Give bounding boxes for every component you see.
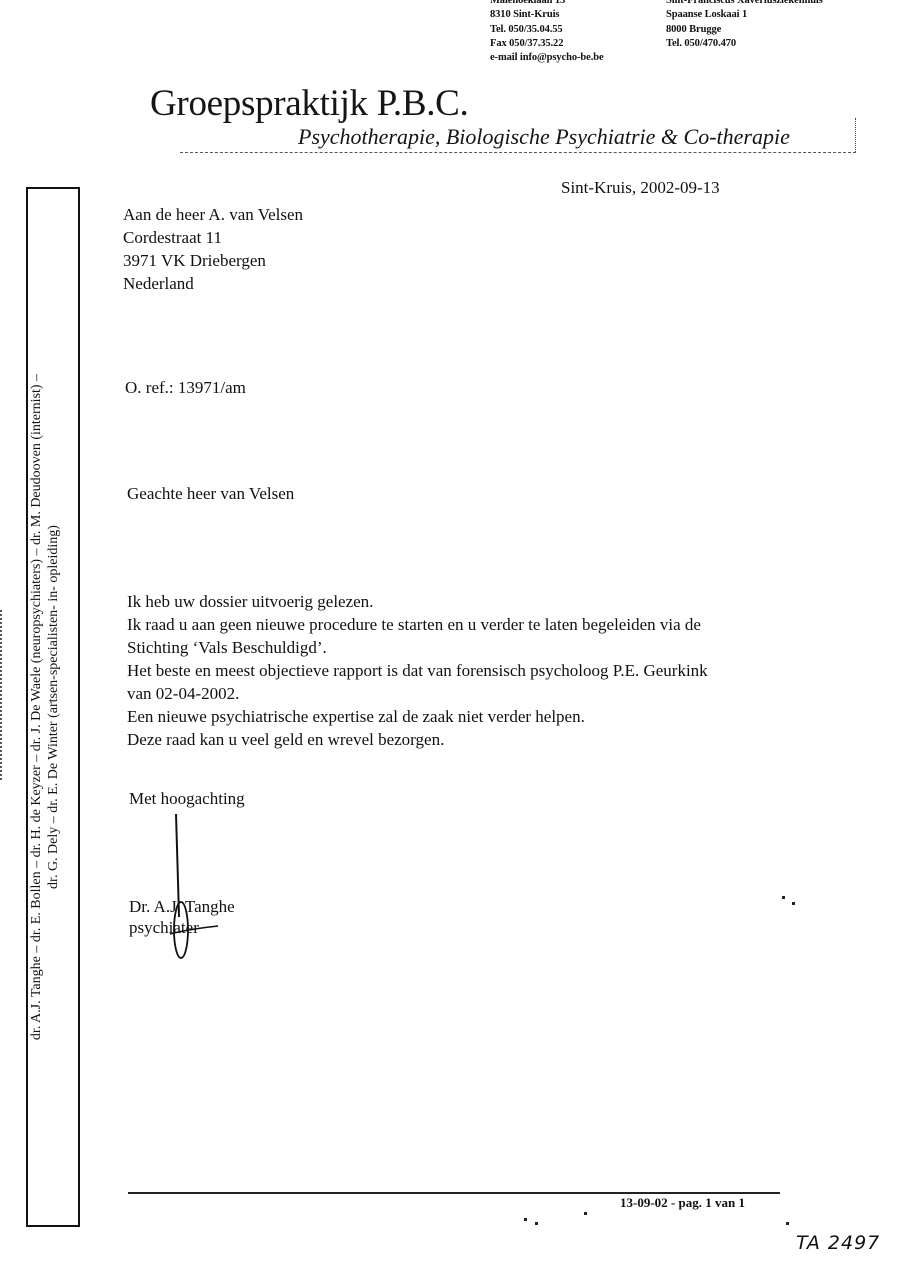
address-fax: Fax 050/37.35.22	[490, 37, 604, 51]
recipient-address: Aan de heer A. van Velsen Cordestraat 11…	[123, 203, 303, 295]
address-line: Malehoeklaan 13	[490, 0, 604, 8]
closing: Met hoogachting	[129, 787, 245, 810]
tagline-border	[855, 118, 856, 152]
body-line: Deze raad kan u veel geld en wrevel bezo…	[127, 728, 708, 751]
salutation: Geachte heer van Velsen	[127, 482, 294, 505]
scan-speck	[535, 1222, 538, 1225]
practice-name: Groepspraktijk P.B.C.	[150, 82, 468, 125]
signature-mark	[140, 812, 240, 962]
staff-list-line: dr. A.J. Tanghe – dr. E. Bollen – dr. H.…	[28, 207, 45, 1207]
recipient-city: 3971 VK Driebergen	[123, 249, 303, 272]
scan-speck	[782, 896, 785, 899]
reference-number: O. ref.: 13971/am	[125, 376, 246, 399]
recipient-name: Aan de heer A. van Velsen	[123, 203, 303, 226]
address-phone: Tel. 050/470.470	[666, 37, 823, 51]
letter-body: Ik heb uw dossier uitvoerig gelezen. Ik …	[127, 590, 708, 751]
staff-list: dr. A.J. Tanghe – dr. E. Bollen – dr. H.…	[28, 207, 78, 1207]
practice-address: Malehoeklaan 13 8310 Sint-Kruis Tel. 050…	[490, 0, 604, 65]
hospital-address: Sint-Franciscus Xaveriusziekenhuis Spaan…	[666, 0, 823, 51]
body-line: Stichting ‘Vals Beschuldigd’.	[127, 636, 708, 659]
address-email: e-mail info@psycho-be.be	[490, 51, 604, 65]
body-line: Een nieuwe psychiatrische expertise zal …	[127, 705, 708, 728]
recipient-street: Cordestraat 11	[123, 226, 303, 249]
scan-edge-artifact	[0, 610, 4, 780]
body-line: van 02-04-2002.	[127, 682, 708, 705]
recipient-country: Nederland	[123, 272, 303, 295]
scan-speck	[792, 902, 795, 905]
practice-tagline: Psychotherapie, Biologische Psychiatrie …	[298, 124, 790, 150]
staff-list-line: dr. G. Dely – dr. E. De Winter (artsen-s…	[45, 207, 62, 1207]
body-line: Het beste en meest objectieve rapport is…	[127, 659, 708, 682]
address-line: Spaanse Loskaai 1	[666, 8, 823, 22]
address-line: Sint-Franciscus Xaveriusziekenhuis	[666, 0, 823, 8]
scan-speck	[786, 1222, 789, 1225]
handwritten-annotation: TA 2497	[796, 1232, 880, 1254]
tagline-underline	[180, 152, 856, 153]
body-line: Ik raad u aan geen nieuwe procedure te s…	[127, 613, 708, 636]
place-and-date: Sint-Kruis, 2002-09-13	[561, 176, 720, 199]
page-number: 13-09-02 - pag. 1 van 1	[620, 1195, 745, 1211]
body-line: Ik heb uw dossier uitvoerig gelezen.	[127, 590, 708, 613]
address-line: 8310 Sint-Kruis	[490, 8, 604, 22]
address-line: 8000 Brugge	[666, 23, 823, 37]
footer-divider	[128, 1192, 780, 1194]
address-phone: Tel. 050/35.04.55	[490, 23, 604, 37]
scan-speck	[584, 1212, 587, 1215]
scan-speck	[524, 1218, 527, 1221]
